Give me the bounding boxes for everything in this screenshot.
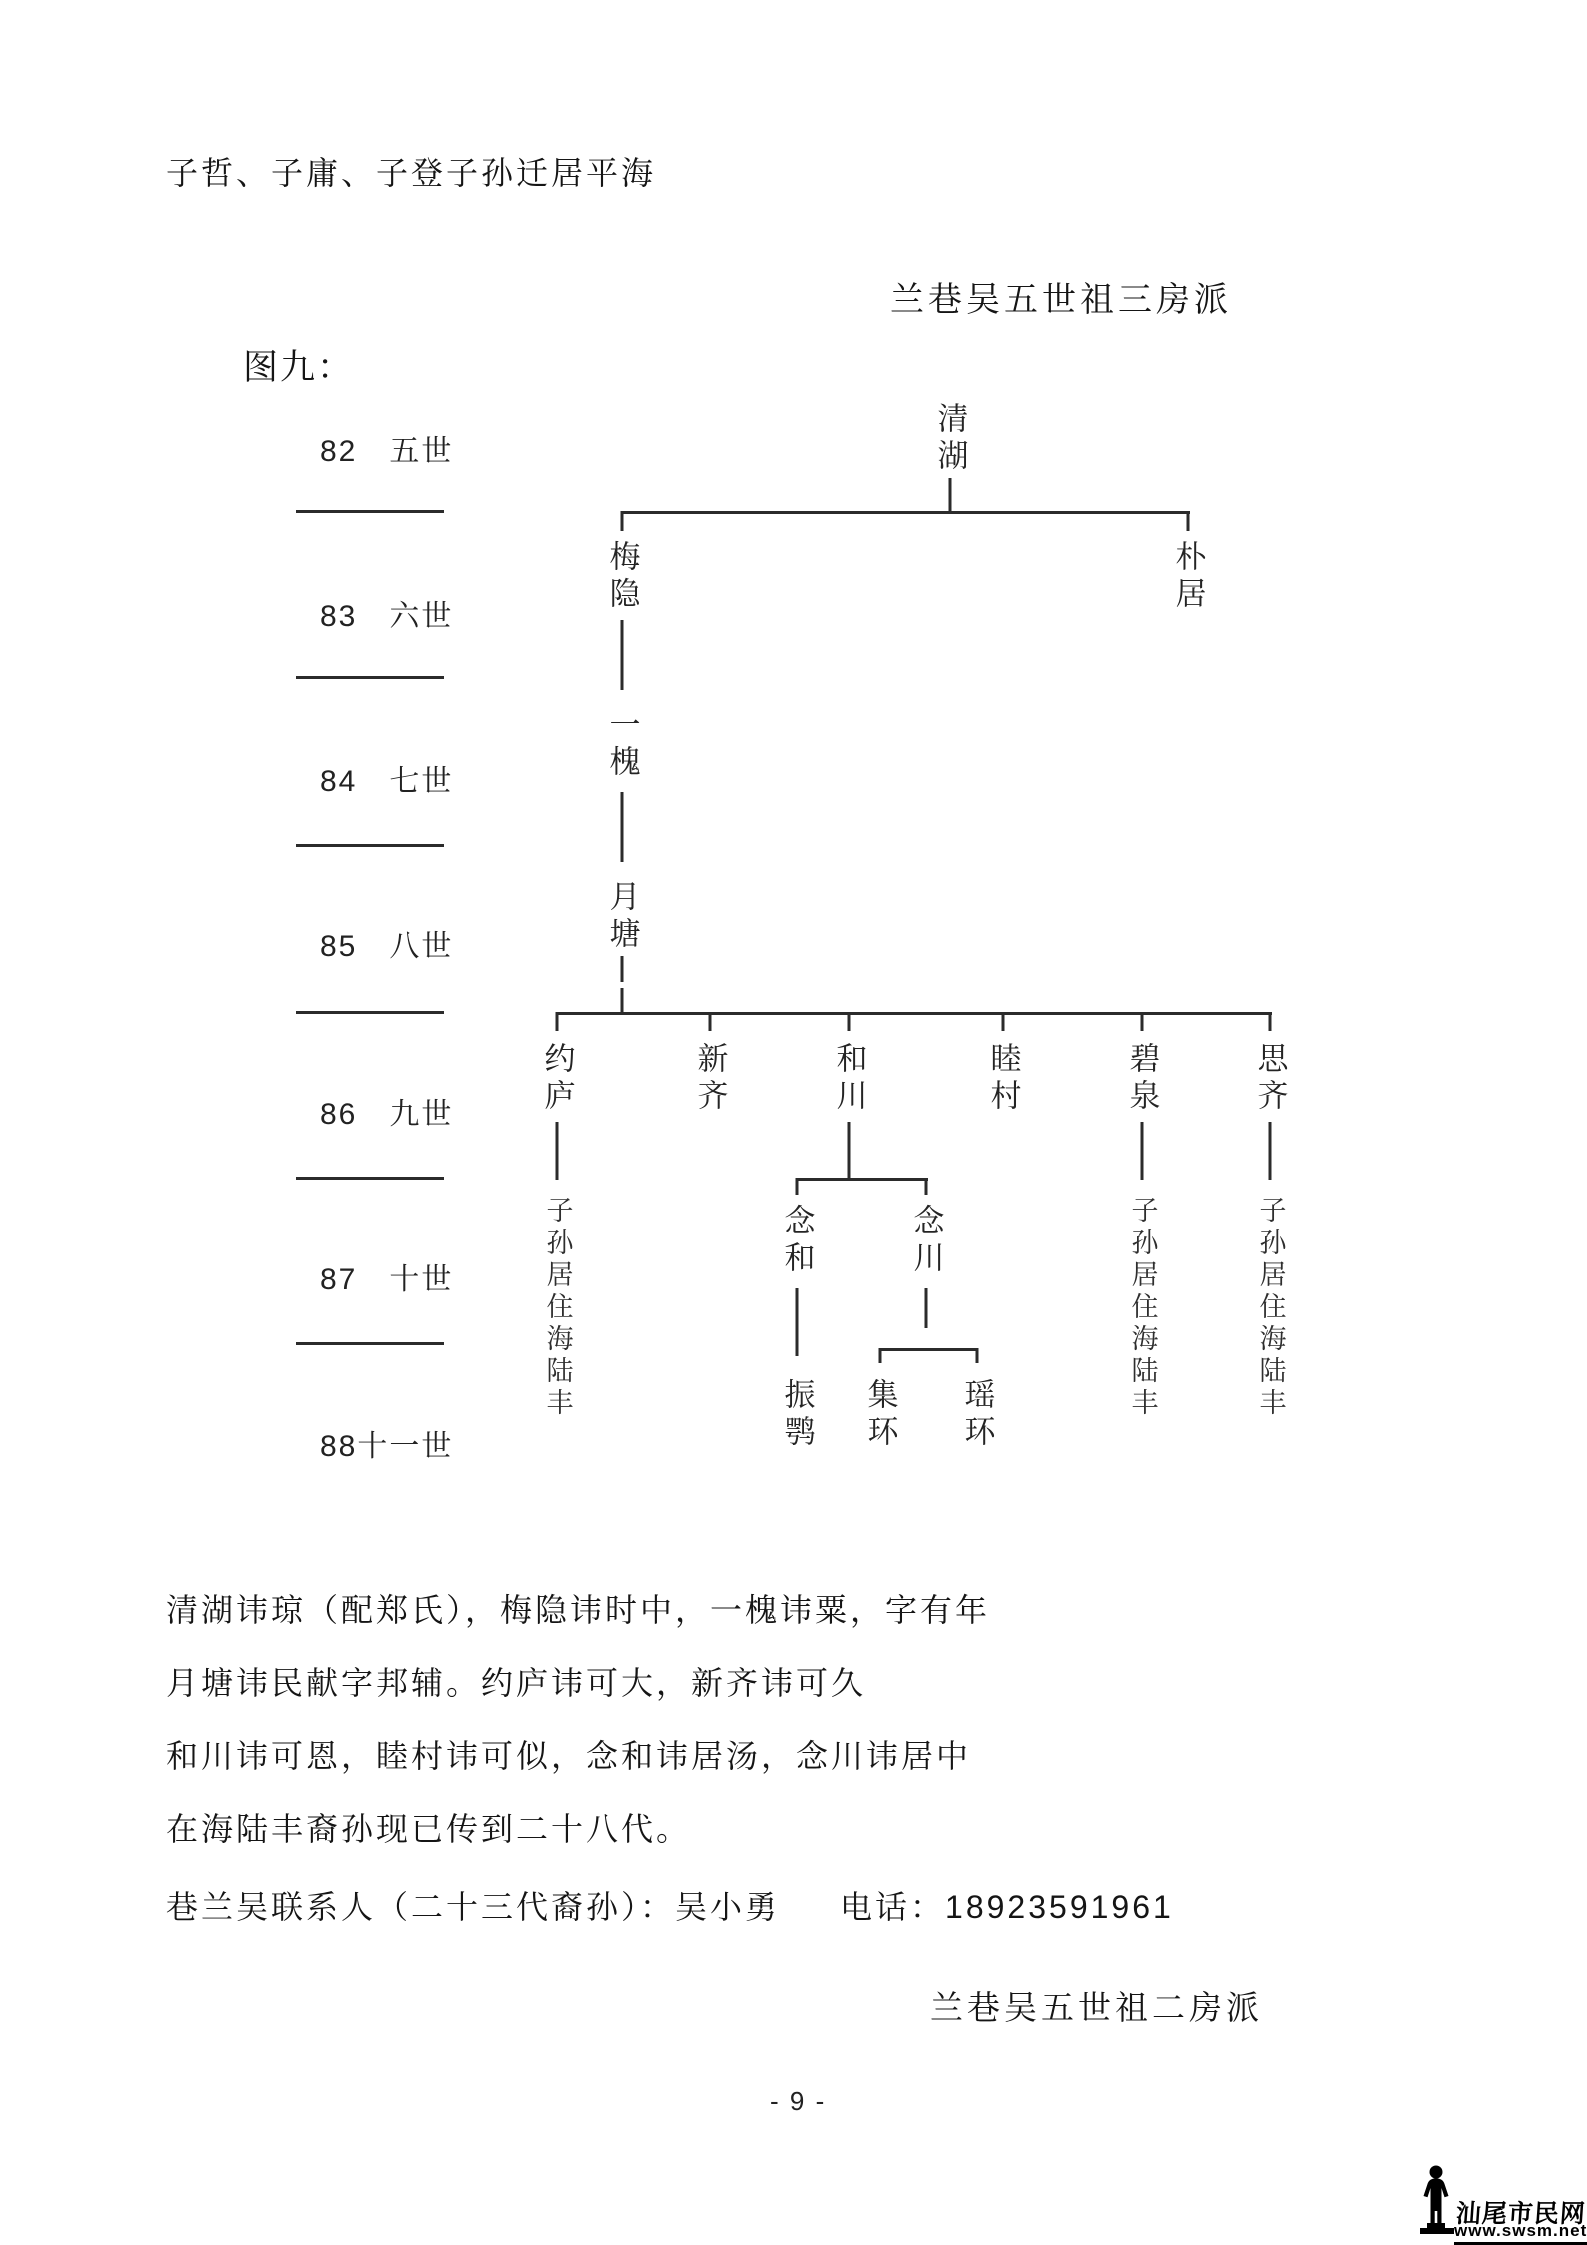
generation-separator	[296, 1342, 444, 1345]
figure-label: 图九：	[243, 340, 354, 390]
page-number: - 9 -	[770, 2086, 826, 2117]
connector-line	[1269, 1012, 1272, 1031]
tree-node-puju: 朴居	[1166, 540, 1211, 614]
connector-line	[1269, 1122, 1272, 1180]
connector-line	[1187, 511, 1190, 531]
generation-label-85: 85 八世	[320, 921, 500, 965]
connector-line	[621, 511, 1190, 514]
paragraph-line: 清湖讳琼（配郑氏），梅隐讳时中，一槐讳粟，字有年	[166, 1585, 990, 1631]
tree-node-siqi: 思齐	[1248, 1042, 1293, 1116]
contact-phone: 电话：18923591961	[840, 1882, 1174, 1928]
generation-label-87: 87 十世	[320, 1254, 500, 1298]
contact-line: 巷兰吴联系人（二十三代裔孙）：吴小勇 电话：18923591961	[166, 1882, 1174, 1928]
connector-line	[879, 1348, 882, 1363]
generation-separator	[296, 1177, 444, 1180]
tree-node-nianchuan: 念川	[904, 1204, 949, 1278]
intro-line: 子哲、子庸、子登子孙迁居平海	[166, 148, 656, 194]
generation-label-82: 82 五世	[320, 426, 500, 470]
generation-label-86: 86 九世	[320, 1089, 500, 1133]
tree-node-nianhe: 念和	[775, 1204, 820, 1278]
tree-node-yihuai: 一槐	[600, 708, 645, 782]
descendant-note-siqi: 子孙居住海陆丰	[1251, 1196, 1290, 1420]
connector-line	[556, 1012, 559, 1031]
connector-line	[796, 1288, 799, 1356]
tree-node-xinqi: 新齐	[688, 1042, 733, 1116]
connector-line	[556, 1012, 1272, 1015]
tree-node-zhene: 振鹗	[775, 1378, 820, 1452]
watermark-logo: 汕尾市民网 www.swsm.net	[1410, 2164, 1587, 2244]
tree-node-yuelu: 约庐	[535, 1042, 580, 1116]
contact-person: 巷兰吴联系人（二十三代裔孙）：吴小勇	[166, 1882, 780, 1928]
connector-line	[976, 1348, 979, 1363]
tree-node-hechuan: 和川	[827, 1042, 872, 1116]
connector-line	[879, 1348, 978, 1351]
connector-line	[796, 1178, 928, 1181]
watermark-site-url: www.swsm.net	[1454, 2221, 1587, 2245]
tree-node-yuetang: 月塘	[600, 880, 645, 954]
connector-line	[848, 1122, 851, 1180]
connector-line	[848, 1012, 851, 1031]
generation-separator	[296, 844, 444, 847]
connector-line	[621, 956, 624, 982]
connector-line	[1002, 1012, 1005, 1031]
descendant-note-biquan: 子孙居住海陆丰	[1123, 1196, 1162, 1420]
connector-line	[621, 988, 624, 1012]
generation-separator	[296, 676, 444, 679]
footer-section-title: 兰巷吴五世祖二房派	[930, 1982, 1263, 2029]
generation-label-84: 84 七世	[320, 756, 500, 800]
generation-separator	[296, 1011, 444, 1014]
connector-line	[1141, 1012, 1144, 1031]
tree-node-biquan: 碧泉	[1120, 1042, 1165, 1116]
descendant-note-yuelu: 子孙居住海陆丰	[538, 1196, 577, 1420]
document-page: 子哲、子庸、子登子孙迁居平海 兰巷吴五世祖三房派 图九： 82 五世 83 六世…	[0, 0, 1587, 2245]
connector-line	[621, 620, 624, 690]
tree-node-yaohuan: 瑶环	[955, 1378, 1000, 1452]
generation-separator	[296, 510, 444, 513]
generation-label-83: 83 六世	[320, 591, 500, 635]
connector-line	[1141, 1122, 1144, 1180]
tree-node-qinghu: 清湖	[928, 402, 973, 476]
tree-node-jihuan: 集环	[858, 1378, 903, 1452]
tree-node-meiyin: 梅隐	[600, 540, 645, 614]
connector-line	[556, 1122, 559, 1180]
connector-line	[796, 1178, 799, 1195]
connector-line	[949, 478, 952, 512]
tree-node-mucun: 睦村	[981, 1042, 1026, 1116]
phone-number: 18923591961	[945, 1889, 1174, 1925]
connector-line	[925, 1288, 928, 1328]
paragraph-line: 月塘讳民献字邦辅。约庐讳可大，新齐讳可久	[166, 1658, 866, 1704]
connector-line	[621, 511, 624, 531]
paragraph-line: 和川讳可恩，睦村讳可似，念和讳居汤，念川讳居中	[166, 1731, 971, 1777]
section-title: 兰巷吴五世祖三房派	[890, 272, 1232, 321]
connector-line	[709, 1012, 712, 1031]
generation-label-88: 88十一世	[320, 1421, 500, 1465]
connector-line	[621, 792, 624, 862]
paragraph-line: 在海陆丰裔孙现已传到二十八代。	[166, 1804, 691, 1850]
phone-label: 电话：	[840, 1889, 945, 1925]
connector-line	[925, 1178, 928, 1195]
